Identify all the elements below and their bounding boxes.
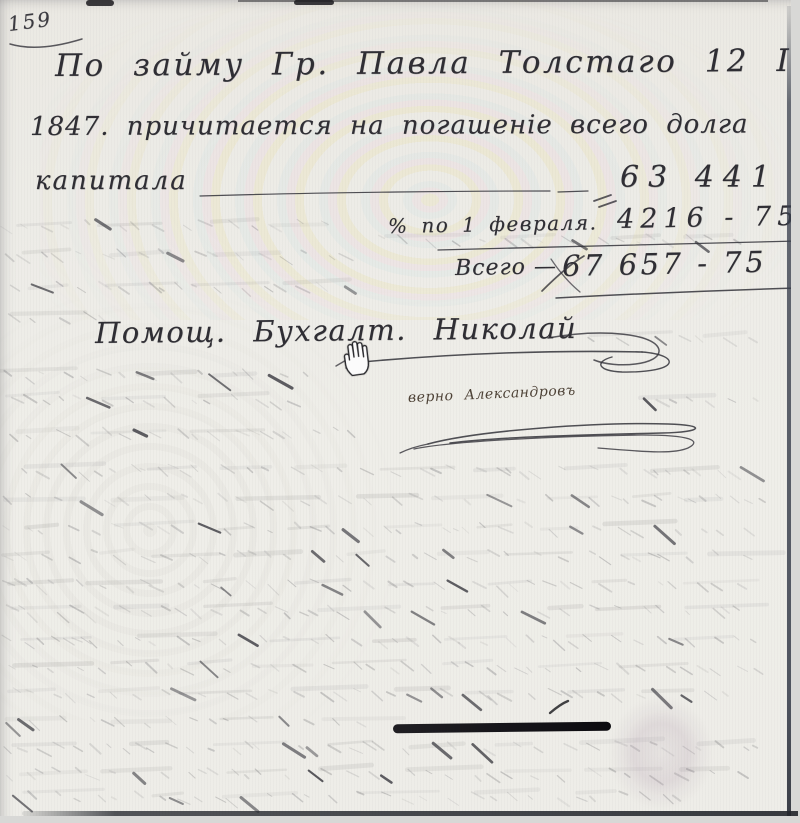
scan-edge-blob xyxy=(86,0,114,6)
amount-total: 67 657 - 75 xyxy=(562,245,768,283)
attestation-flourish-b xyxy=(414,435,694,452)
capital-ticks xyxy=(594,195,616,207)
total-underline xyxy=(556,288,798,298)
amount-interest: 4216 - 75 xyxy=(617,201,800,235)
signature-line: Помощ. Бухгалт. Николай xyxy=(95,311,578,350)
doc-line-2: 1847. причитается на погашеніе всего дол… xyxy=(30,109,749,142)
signature-zigzag xyxy=(336,359,360,368)
doc-line-5-label: Всего — xyxy=(455,254,557,281)
capital-dash-line2 xyxy=(558,191,588,192)
amount-capital: 63 441 xyxy=(620,160,779,195)
attestation-flourish-lead xyxy=(400,444,428,453)
scan-edge-bottom xyxy=(22,811,798,816)
doc-line-1: По займу Гр. Павла Толстаго 12 Іюня xyxy=(55,42,800,84)
ink-bar-tick xyxy=(550,701,568,713)
doc-line-3-label: капитала xyxy=(35,166,188,196)
faint-round-stamp xyxy=(608,696,714,810)
attestation-line: верно Александровъ xyxy=(408,383,576,406)
capital-dash-line xyxy=(200,191,550,196)
moire-rings-left xyxy=(0,300,420,720)
folio-number: 159 xyxy=(7,7,54,36)
attestation-flourish-a xyxy=(428,424,695,444)
document-scan-surface[interactable]: 159 По займу Гр. Павла Толстаго 12 Іюня … xyxy=(0,0,800,823)
scan-edge-blob xyxy=(294,0,334,5)
scan-margin-bottom xyxy=(0,816,800,823)
scan-edge-top xyxy=(238,0,768,2)
signature-paraph xyxy=(362,351,642,362)
scan-margin-right xyxy=(791,0,800,823)
signature-paraph-loop xyxy=(601,352,669,372)
doc-line-4-label: % по 1 февраля. xyxy=(388,210,598,238)
folio-underline xyxy=(10,39,82,47)
heavy-ink-bar xyxy=(393,722,611,734)
scan-edge-right xyxy=(787,6,791,816)
